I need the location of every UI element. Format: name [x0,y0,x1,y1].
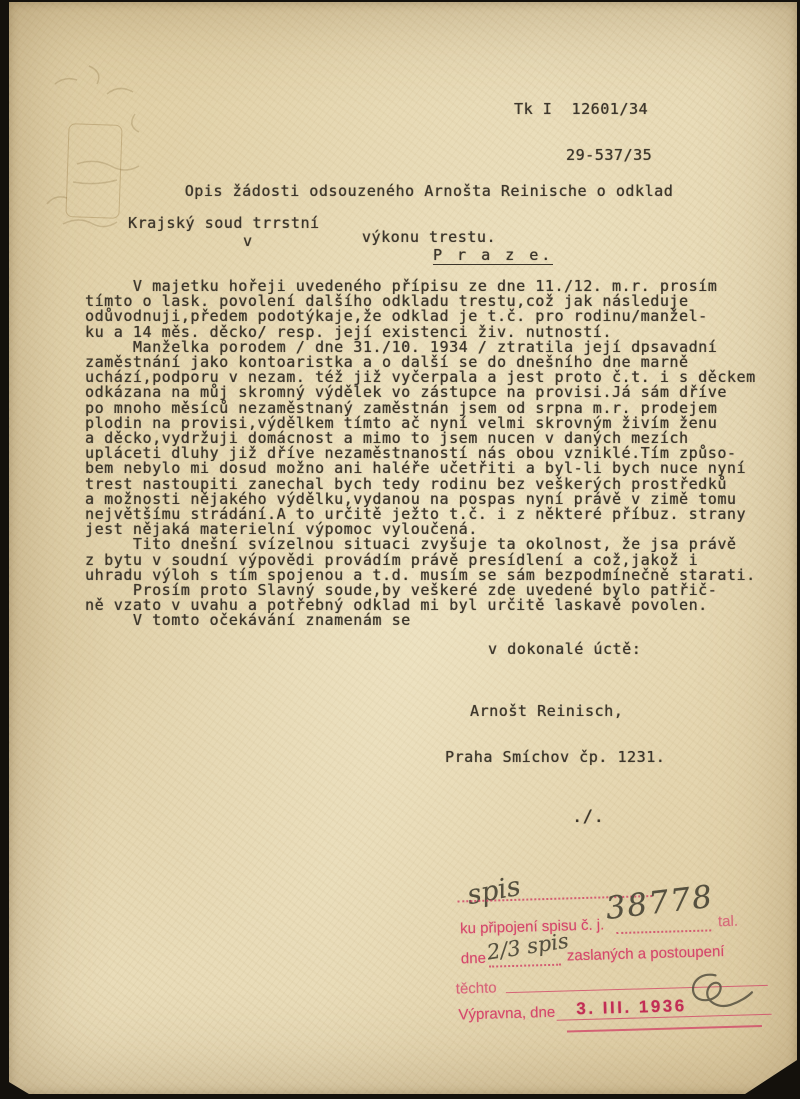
stamp-row4-label: Výpravna, dne [458,1004,555,1024]
stamp-row-2: dne [461,950,486,968]
stamp-dotted-line-1 [616,929,711,934]
addressee-preposition: v [243,234,253,249]
stamp-dotted-line-2 [489,964,561,968]
document-paper: Tk I 12601/34 29-537/35 Opis žádosti ods… [9,2,797,1094]
scanned-document-photo: { "page": { "reference_numbers": { "line… [0,0,800,1099]
signature-address: Praha Smíchov čp. 1231. [445,750,665,765]
signature-block: Arnošt Reinisch, Praha Smíchov čp. 1231. [445,674,665,796]
stamp-date: 3. III. 1936 [576,996,687,1019]
addressee-city: P r a z e. [433,248,553,265]
stamp-row2-label: dne [461,950,486,968]
registry-stamp: spis ku připojení spisu č. j. 38778 tal.… [445,869,795,1049]
handwritten-spis: spis [465,871,523,911]
closing-phrase: v dokonalé úctě: [488,642,641,657]
title-line-1: Opis žádosti odsouzeného Arnošta Reinisc… [169,184,689,199]
handwritten-file-number: 38778 [604,879,716,927]
reference-number-1: Tk I 12601/34 [514,102,652,117]
stamp-row3-label: těchto [456,979,497,997]
stamp-row2-text: zaslaných a postoupení [567,943,725,964]
letter-body: V majetku hořeji uvedeného přípisu ze dn… [85,279,756,629]
addressee-court: Krajský soud trrstní [128,216,320,231]
stamp-row1-suffix: tal. [718,913,738,931]
handwritten-initials-flourish [685,966,757,1024]
signature-name: Arnošt Reinisch, [445,704,665,719]
end-mark: ./. [572,810,604,825]
stamp-line-5 [567,1025,762,1032]
